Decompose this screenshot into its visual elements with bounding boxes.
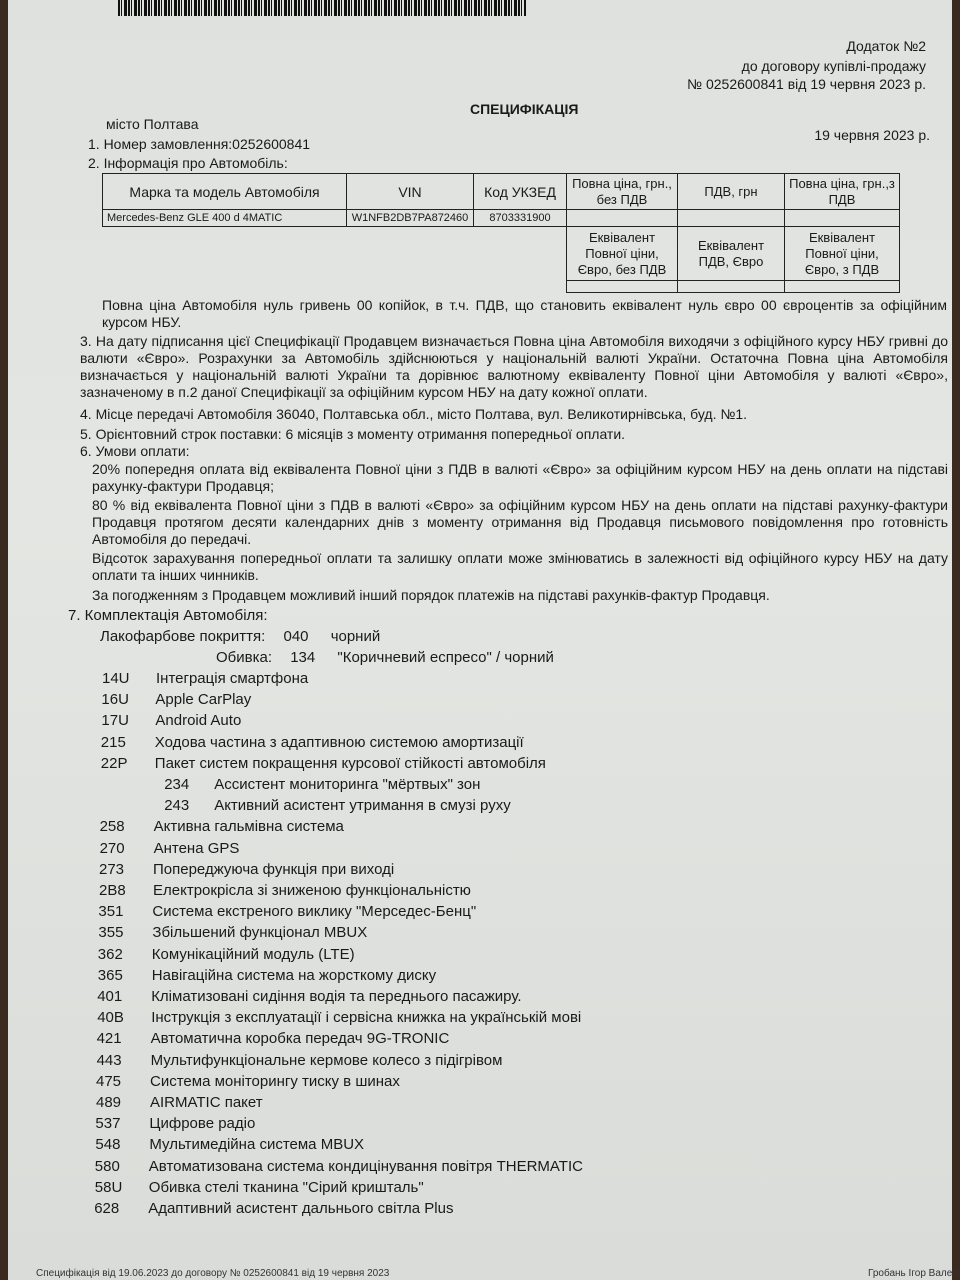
section-car-info-title: 2. Інформація про Автомобіль: [88, 155, 288, 171]
section-order-number: 1. Номер замовлення:0252600841 [88, 136, 310, 152]
option-name: Система екстреного виклику "Мерседес-Бен… [152, 903, 476, 920]
section-delivery-time: 5. Орієнтовний строк поставки: 6 місяців… [80, 426, 948, 443]
option-name: Інтеграція смартфона [156, 670, 308, 687]
option-name: Мультифункціональне кермове колесо з під… [151, 1052, 503, 1069]
option-code: 421 [97, 1030, 122, 1047]
header-euro-price-no-vat: Еквівалент Повної ціни, Євро, без ПДВ [567, 227, 678, 281]
appendix-label: Додаток №2 [846, 36, 926, 56]
payment-rate-note: Відсоток зарахування попередньої оплати … [92, 550, 948, 584]
option-name: Збільшений функціонал MBUX [152, 924, 367, 941]
barcode [118, 0, 526, 16]
option-code: 243 [164, 797, 189, 814]
cell-vat [678, 210, 785, 227]
option-code: 443 [97, 1052, 122, 1069]
section-price-terms: 3. На дату підписання цієї Специфікації … [80, 333, 948, 401]
option-code: 628 [94, 1200, 119, 1217]
car-info-table: Марка та модель Автомобіля VIN Код УКЗЕД… [102, 173, 900, 293]
option-code: 548 [95, 1136, 120, 1153]
option-name: Електрокрісла зі зниженою функціональніс… [153, 882, 471, 899]
option-name: Інструкція з експлуатації і сервісна кни… [151, 1009, 581, 1026]
option-name: Кліматизовані сидіння водія та передньог… [151, 988, 521, 1005]
option-name: Активний асистент утримання в смузі руху [214, 797, 511, 814]
option-name: Ассистент мониторинга "мёртвых" зон [214, 776, 480, 793]
paint-label: Лакофарбове покриття: [100, 628, 265, 645]
option-code: 580 [95, 1158, 120, 1175]
option-name: Антена GPS [154, 840, 240, 857]
option-name: Ходова частина з адаптивною системою амо… [155, 734, 524, 751]
option-name: Обивка стелі тканина "Сірий кришталь" [149, 1179, 424, 1196]
cell-vin: W1NFB2DB7PA872460 [347, 210, 474, 227]
option-code: 16U [101, 691, 129, 708]
option-name: Автоматизована система кондицінування по… [149, 1158, 583, 1175]
option-name: Активна гальмівна система [154, 818, 344, 835]
option-code: 475 [96, 1073, 121, 1090]
cell-price-no-vat [567, 210, 678, 227]
header-vat: ПДВ, грн [678, 174, 785, 210]
header-vin: VIN [347, 174, 474, 210]
option-code: 365 [98, 967, 123, 984]
option-code: 14U [102, 670, 130, 687]
option-code: 273 [99, 861, 124, 878]
city: місто Полтава [106, 116, 198, 132]
document-date: 19 червня 2023 р. [814, 127, 930, 143]
option-name: Комунікаційний модуль (LTE) [152, 946, 355, 963]
contract-label: до договору купівлі-продажу [742, 56, 926, 76]
option-name: Мультимедійна система MBUX [149, 1136, 364, 1153]
option-code: 351 [98, 903, 123, 920]
header-euro-price-with-vat: Еквівалент Повної ціни, Євро, з ПДВ [785, 227, 900, 281]
option-code: 270 [100, 840, 125, 857]
section-delivery-place: 4. Місце передачі Автомобіля 36040, Полт… [80, 406, 948, 423]
option-code: 362 [98, 946, 123, 963]
option-code: 215 [101, 734, 126, 751]
section-payment-title: 6. Умови оплати: [80, 443, 948, 460]
option-code: 22P [101, 755, 128, 772]
document-title: СПЕЦИФІКАЦІЯ [470, 101, 578, 117]
option-code: 401 [97, 988, 122, 1005]
option-name: Пакет систем покращення курсової стійкос… [155, 755, 546, 772]
option-name: Автоматична коробка передач 9G-TRONIC [151, 1030, 450, 1047]
option-code: 489 [96, 1094, 121, 1111]
option-name: Система моніторингу тиску в шинах [150, 1073, 400, 1090]
contract-reference: № 0252600841 від 19 червня 2023 р. [687, 74, 926, 94]
paint-row: Лакофарбове покриття: 040 чорний [100, 628, 380, 645]
option-code: 258 [100, 818, 125, 835]
option-name: Попереджуюча функція при виході [153, 861, 394, 878]
upholstery-row: Обивка: 134 "Коричневий еспресо" / чорни… [216, 649, 554, 666]
option-name: Apple CarPlay [155, 691, 251, 708]
option-code: 17U [101, 712, 129, 729]
option-name: Адаптивний асистент дальнього світла Plu… [148, 1200, 453, 1217]
paint-name: чорний [331, 628, 381, 645]
upholstery-label: Обивка: [216, 649, 272, 666]
payment-alternative: За погодженням з Продавцем можливий інши… [92, 587, 948, 604]
header-code: Код УКЗЕД [474, 174, 567, 210]
cell-price-with-vat [785, 210, 900, 227]
option-name: Android Auto [155, 712, 241, 729]
header-price-no-vat: Повна ціна, грн., без ПДВ [567, 174, 678, 210]
option-code: 2B8 [99, 882, 126, 899]
payment-balance: 80 % від еквівалента Повної ціни з ПДВ в… [92, 497, 948, 548]
cell-code: 8703331900 [474, 210, 567, 227]
option-name: Навігаційна система на жорсткому диску [152, 967, 436, 984]
option-name: Цифрове радіо [149, 1115, 255, 1132]
option-code: 58U [95, 1179, 123, 1196]
paint-code: 040 [283, 628, 308, 645]
footer-signatory: Гробань Ігор Валенті [868, 1268, 960, 1279]
option-name: AIRMATIC пакет [150, 1094, 263, 1111]
footer-reference: Специфікація від 19.06.2023 до договору … [36, 1268, 389, 1279]
option-code: 40B [97, 1009, 124, 1026]
option-code: 355 [98, 924, 123, 941]
header-price-with-vat: Повна ціна, грн.,з ПДВ [785, 174, 900, 210]
document-page: Додаток №2 до договору купівлі-продажу №… [8, 0, 952, 1280]
header-euro-vat: Еквівалент ПДВ, Євро [678, 227, 785, 281]
cell-model: Mercedes-Benz GLE 400 d 4MATIC [103, 210, 347, 227]
option-code: 537 [95, 1115, 120, 1132]
upholstery-name: "Коричневий еспресо" / чорний [337, 649, 554, 666]
payment-prepayment: 20% попередня оплата від еквівалента Пов… [92, 461, 948, 495]
option-code: 234 [164, 776, 189, 793]
price-text: Повна ціна Автомобіля нуль гривень 00 ко… [102, 297, 947, 331]
section-equipment-title: 7. Комплектація Автомобіля: [68, 607, 268, 624]
upholstery-code: 134 [290, 649, 315, 666]
header-model: Марка та модель Автомобіля [103, 174, 347, 210]
